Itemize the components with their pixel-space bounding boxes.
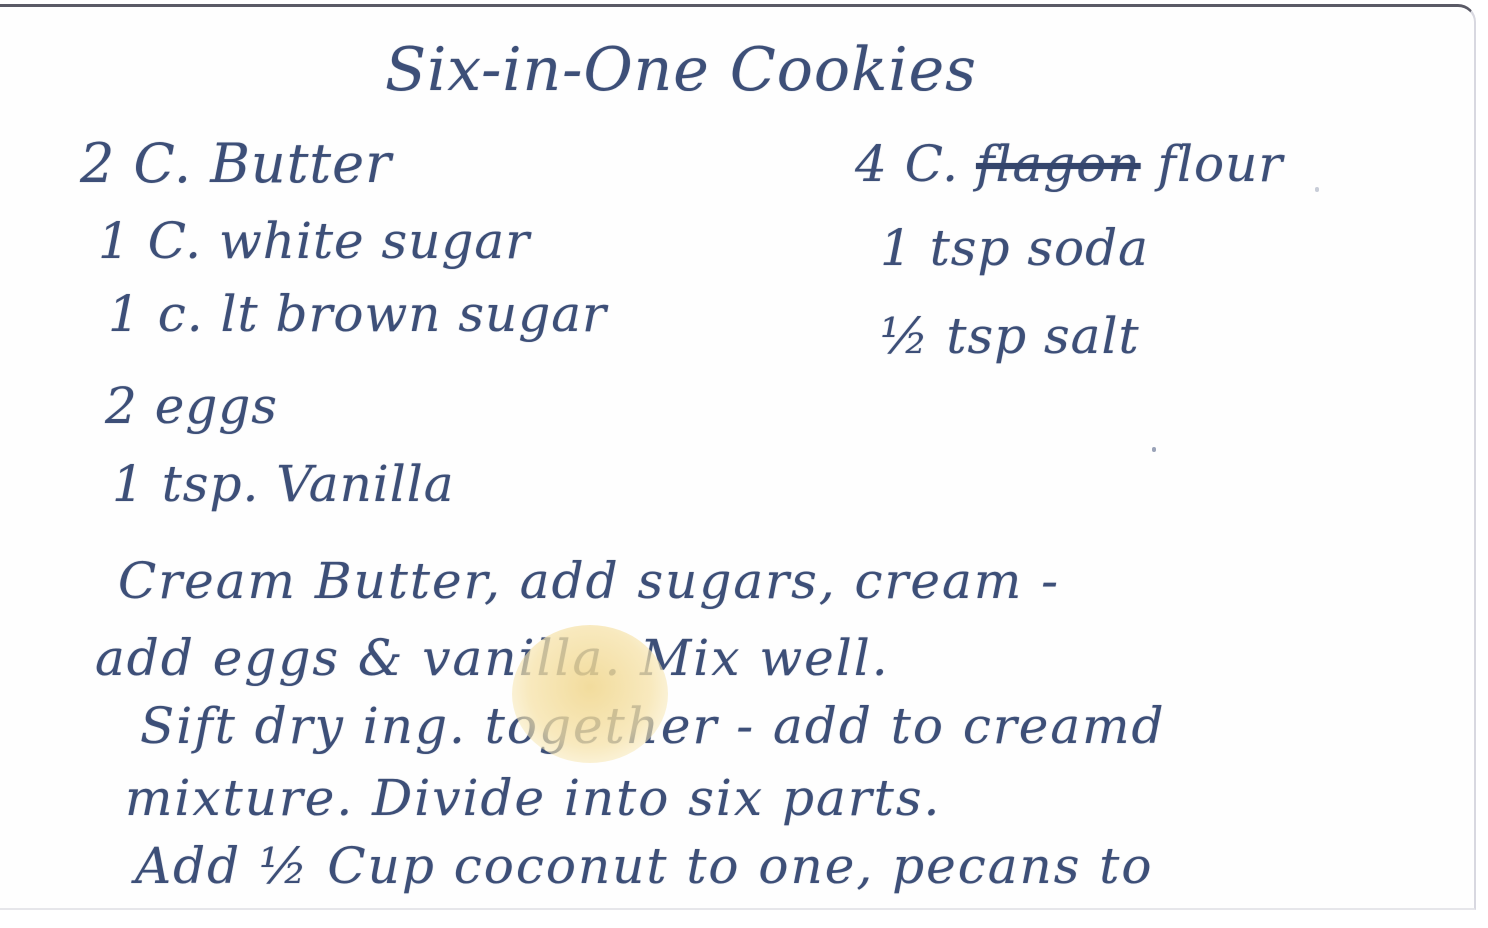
instruction-line-4: mixture. Divide into six parts. (125, 769, 941, 827)
ingredient-brown-sugar: 1 c. lt brown sugar (108, 285, 607, 343)
ingredient-salt: ½ tsp salt (880, 307, 1140, 365)
ink-speck (1315, 187, 1319, 192)
instruction-line-5: Add ½ Cup coconut to one, pecans to (135, 837, 1153, 895)
flour-item: flour (1158, 135, 1284, 193)
ingredient-butter: 2 C. Butter (80, 132, 392, 195)
instruction-line-2: add eggs & vanilla. Mix well. (95, 629, 890, 687)
ingredient-flour: 4 C. flagon flour (855, 135, 1283, 193)
ingredient-white-sugar: 1 C. white sugar (98, 212, 530, 270)
grease-stain (512, 625, 668, 763)
flour-amount: 4 C. (855, 135, 959, 193)
recipe-title: Six-in-One Cookies (385, 35, 977, 105)
struck-out-word: flagon (976, 135, 1141, 193)
ink-speck (1152, 447, 1156, 452)
recipe-card: Six-in-One Cookies 2 C. Butter 1 C. whit… (0, 4, 1476, 910)
instruction-line-1: Cream Butter, add sugars, cream - (118, 552, 1060, 610)
ingredient-vanilla: 1 tsp. Vanilla (112, 455, 455, 513)
ingredient-soda: 1 tsp soda (880, 219, 1149, 277)
ingredient-eggs: 2 eggs (105, 377, 278, 435)
